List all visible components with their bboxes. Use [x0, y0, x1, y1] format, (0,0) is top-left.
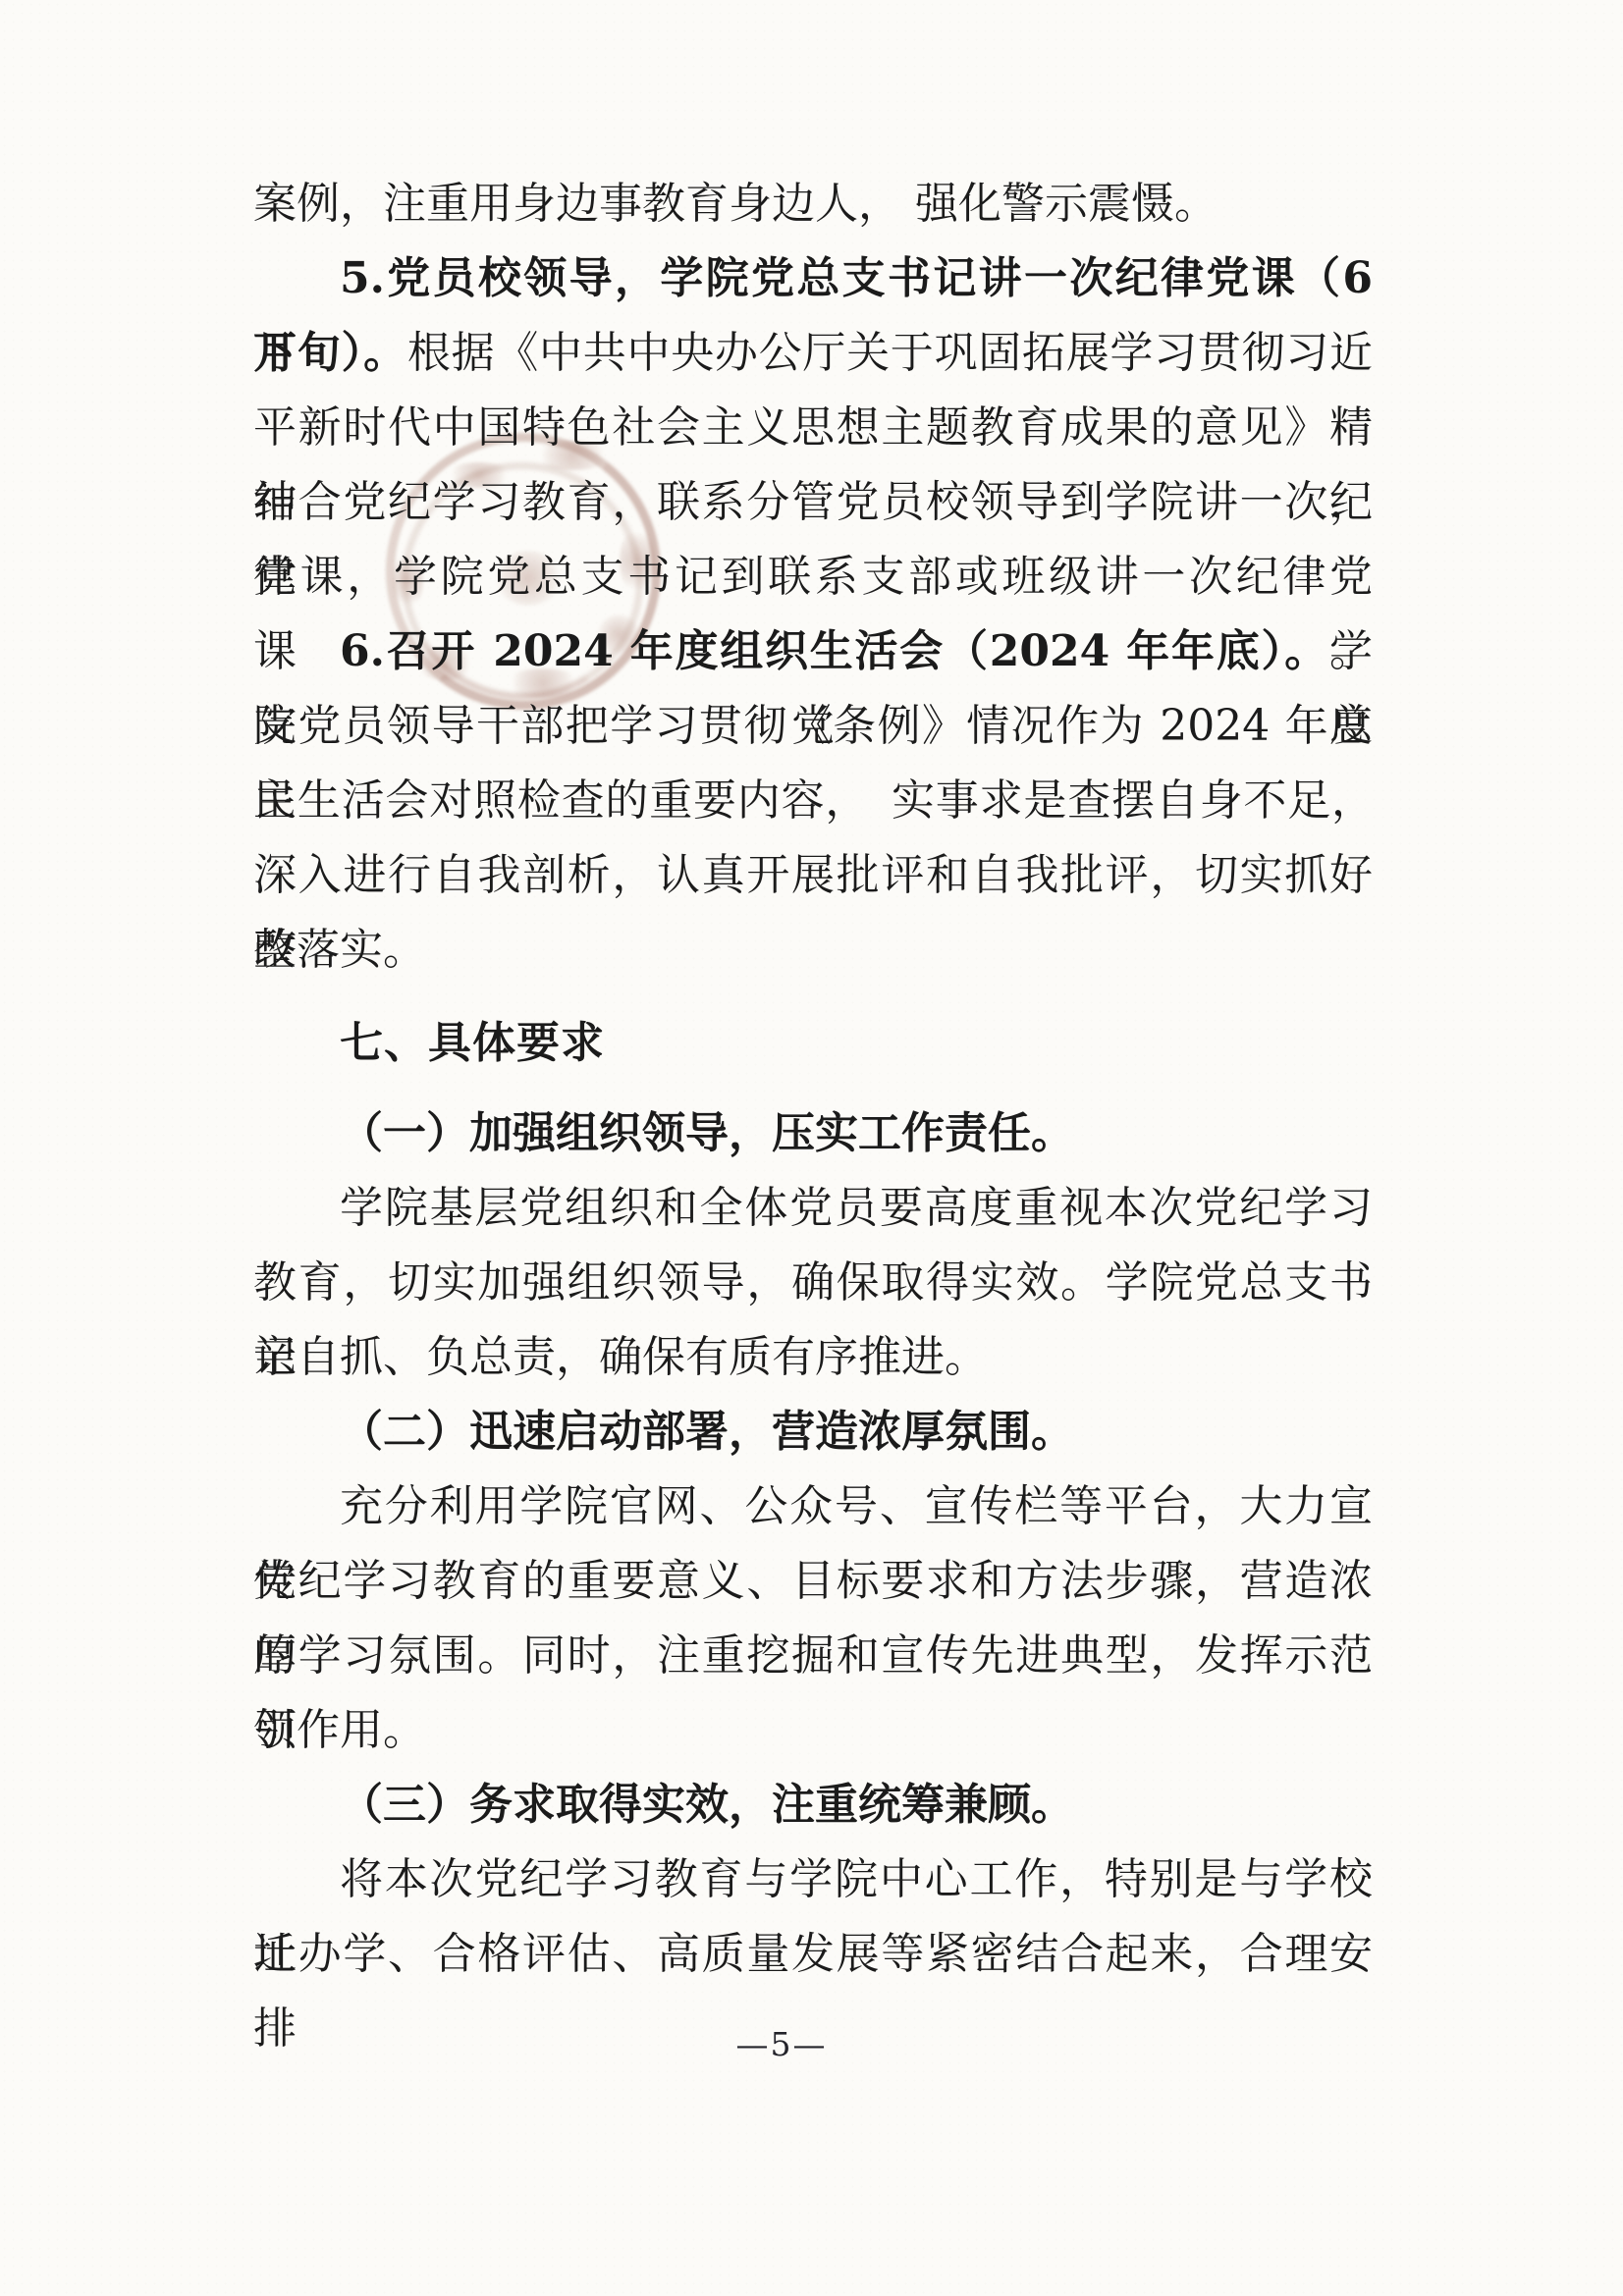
- text-line: 6.召开 2024 年度组织生活会（2024 年年底）。学院党总: [253, 614, 1373, 689]
- scanned-document-page: 案例，注重用身边事教育身边人， 强化警示震慑。5.党员校领导，学院党总支书记讲一…: [0, 0, 1623, 2296]
- text-run-item-title: 下旬）。: [253, 328, 407, 378]
- text-line: 案例，注重用身边事教育身边人， 强化警示震慑。: [253, 167, 1373, 241]
- text-run-regular: 学院基层党组织和全体党员要高度重视本次党纪学习: [340, 1183, 1373, 1233]
- text-line: 七、具体要求: [253, 1006, 1373, 1081]
- text-run-sub-heading: （三）务求取得实效，注重统筹兼顾。: [340, 1780, 1074, 1830]
- text-line: 教育，切实加强组织领导，确保取得实效。学院党总支书记: [253, 1246, 1373, 1320]
- text-line: 址办学、合格评估、高质量发展等紧密结合起来，合理安排: [253, 1917, 1373, 1992]
- text-line: （二）迅速启动部署，营造浓厚氛围。: [253, 1395, 1373, 1469]
- text-line: 将本次党纪学习教育与学院中心工作，特别是与学校迁: [253, 1842, 1373, 1917]
- text-line: 改落实。: [253, 913, 1373, 988]
- text-line: 深入进行自我剖析，认真开展批评和自我批评，切实抓好整: [253, 838, 1373, 913]
- page-number: —5—: [736, 2024, 828, 2065]
- text-run-sub-heading: （一）加强组织领导，压实工作责任。: [340, 1108, 1074, 1158]
- text-run-section-heading: 七、具体要求: [340, 1019, 605, 1067]
- text-run-regular: 根据《中共中央办公厅关于巩固拓展学习贯彻习近: [407, 328, 1373, 378]
- text-line: （三）务求取得实效，注重统筹兼顾。: [253, 1768, 1373, 1842]
- text-run-regular: 案例，注重用身边事教育身边人， 强化警示震慑。: [253, 179, 1217, 229]
- text-line: 主生活会对照检查的重要内容， 实事求是查摆自身不足，: [253, 764, 1373, 838]
- text-run-regular: 亲自抓、负总责，确保有质有序推进。: [253, 1332, 988, 1382]
- text-line: 平新时代中国特色社会主义思想主题教育成果的意见》精神，: [253, 391, 1373, 465]
- text-line: 充分利用学院官网、公众号、宣传栏等平台，大力宣传: [253, 1469, 1373, 1544]
- text-line: 学院基层党组织和全体党员要高度重视本次党纪学习: [253, 1171, 1373, 1246]
- text-line: 结合党纪学习教育，联系分管党员校领导到学院讲一次纪律: [253, 465, 1373, 540]
- text-run-sub-heading: （二）迅速启动部署，营造浓厚氛围。: [340, 1407, 1074, 1457]
- text-line: 亲自抓、负总责，确保有质有序推进。: [253, 1320, 1373, 1395]
- text-line: 党纪学习教育的重要意义、目标要求和方法步骤，营造浓厚: [253, 1544, 1373, 1619]
- text-line: 党课，学院党总支书记到联系支部或班级讲一次纪律党课。: [253, 540, 1373, 614]
- text-run-regular: 改落实。: [253, 925, 426, 975]
- document-body: 案例，注重用身边事教育身边人， 强化警示震慑。5.党员校领导，学院党总支书记讲一…: [253, 167, 1373, 1992]
- text-run-item-title: 6.召开 2024 年度组织生活会（2024 年年底）。: [340, 626, 1329, 676]
- text-line: 下旬）。根据《中共中央办公厅关于巩固拓展学习贯彻习近: [253, 316, 1373, 391]
- text-line: 的学习氛围。同时，注重挖掘和宣传先进典型，发挥示范引: [253, 1619, 1373, 1693]
- text-line: 支党员领导干部把学习贯彻《条例》情况作为 2024 年度民: [253, 689, 1373, 764]
- text-run-regular: 主生活会对照检查的重要内容， 实事求是查摆自身不足，: [253, 775, 1373, 826]
- text-run-regular: 领作用。: [253, 1705, 426, 1755]
- text-line: （一）加强组织领导，压实工作责任。: [253, 1096, 1373, 1171]
- text-line: 领作用。: [253, 1693, 1373, 1768]
- text-line: 5.党员校领导，学院党总支书记讲一次纪律党课（6 月: [253, 241, 1373, 316]
